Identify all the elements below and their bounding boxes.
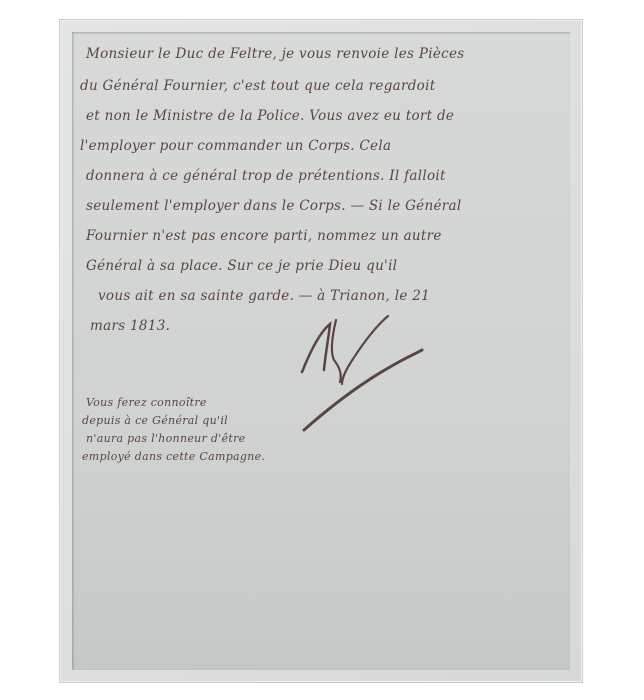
postscript-line: employé dans cette Campagne. xyxy=(82,450,265,463)
manuscript-letter: Monsieur le Duc de Feltre, je vous renvo… xyxy=(72,32,570,670)
postscript-line: depuis à ce Général qu'il xyxy=(82,414,228,427)
letter-line: du Général Fournier, c'est tout que cela… xyxy=(80,78,435,94)
letter-line: Monsieur le Duc de Feltre, je vous renvo… xyxy=(86,46,465,62)
letter-line: donnera à ce général trop de prétentions… xyxy=(86,168,446,184)
letter-line: vous ait en sa sainte garde. — à Trianon… xyxy=(98,288,430,304)
letter-line: Fournier n'est pas encore parti, nommez … xyxy=(86,228,442,244)
letter-line: seulement l'employer dans le Corps. — Si… xyxy=(86,198,461,214)
letter-line: l'employer pour commander un Corps. Cela xyxy=(80,138,391,154)
postscript-line: Vous ferez connoître xyxy=(86,396,207,409)
napoleon-signature-icon xyxy=(300,312,430,442)
letter-line: Général à sa place. Sur ce je prie Dieu … xyxy=(86,258,397,274)
letter-line: et non le Ministre de la Police. Vous av… xyxy=(86,108,454,124)
letter-line: mars 1813. xyxy=(90,318,170,334)
postscript-line: n'aura pas l'honneur d'être xyxy=(86,432,245,445)
